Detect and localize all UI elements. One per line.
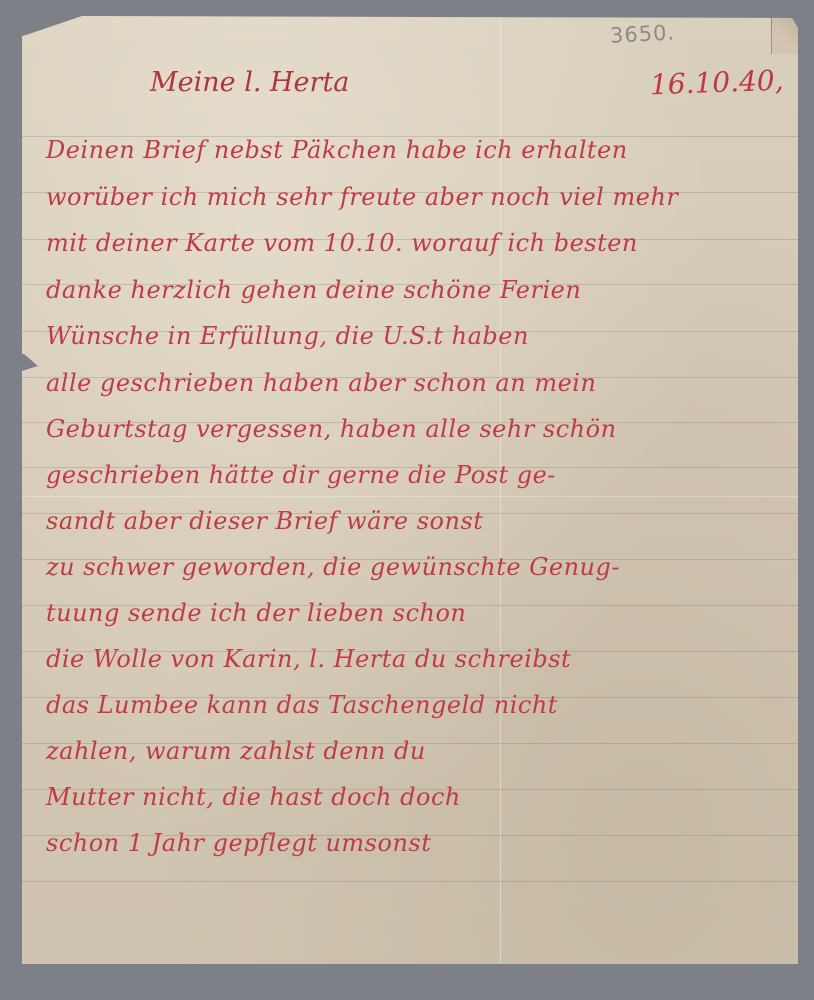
letter-line: Deinen Brief nebst Päkchen habe ich erha… — [46, 136, 628, 164]
letter-line: Mutter nicht, die hast doch doch — [46, 783, 461, 811]
letter-line: schon 1 Jahr gepflegt umsonst — [46, 829, 431, 857]
letter-line: tuung sende ich der lieben schon — [46, 599, 466, 627]
letter-line: die Wolle von Karin, l. Herta du schreib… — [46, 645, 571, 673]
letter-line: das Lumbee kann das Taschengeld nicht — [46, 691, 558, 719]
letter-line: geschrieben hätte dir gerne die Post ge- — [46, 461, 556, 489]
letter-line: danke herzlich gehen deine schöne Ferien — [46, 276, 581, 304]
letter-line: zu schwer geworden, die gewünschte Genug… — [46, 553, 620, 581]
fold-crease — [22, 496, 798, 497]
letter-line: sandt aber dieser Brief wäre sonst — [46, 507, 483, 535]
letter-line: Wünsche in Erfüllung, die U.S.t haben — [46, 322, 529, 350]
archive-number: 3650. — [609, 20, 675, 47]
letter-line: alle geschrieben haben aber schon an mei… — [46, 369, 596, 397]
letter-line: mit deiner Karte vom 10.10. worauf ich b… — [46, 229, 638, 257]
letter-line: worüber ich mich sehr freute aber noch v… — [46, 183, 678, 211]
salutation: Meine l. Herta — [150, 67, 349, 98]
letter-date: 16.10.40, — [649, 64, 784, 102]
ruled-line — [22, 881, 798, 882]
folded-corner — [771, 16, 798, 54]
letter-line: Geburtstag vergessen, haben alle sehr sc… — [46, 415, 617, 443]
letter-line: zahlen, warum zahlst denn du — [46, 737, 426, 765]
